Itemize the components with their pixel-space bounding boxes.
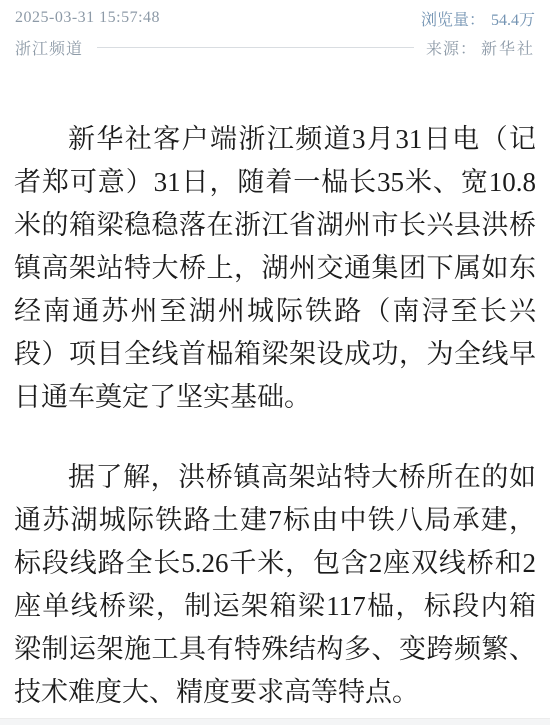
channel-name: 浙江频道 [15, 36, 83, 59]
source-attribution: 来源： 新华社 [426, 36, 535, 59]
meta-row-top: 2025-03-31 15:57:48 浏览量： 54.4万 [15, 6, 535, 30]
article-meta-header: 2025-03-31 15:57:48 浏览量： 54.4万 浙江频道 来源： … [0, 0, 550, 60]
view-count-label: 浏览量： [421, 7, 485, 30]
article-paragraph: 据了解，洪桥镇高架站特大桥所在的如通苏湖城际铁路土建7标由中铁八局承建，标段线路… [14, 456, 536, 714]
publish-timestamp: 2025-03-31 15:57:48 [15, 9, 160, 27]
article-body: 新华社客户端浙江频道3月31日电（记者郑可意）31日，随着一榀长35米、宽10.… [0, 118, 550, 714]
divider-line [97, 47, 414, 48]
view-count-value: 54.4万 [491, 7, 535, 30]
article-page: 2025-03-31 15:57:48 浏览量： 54.4万 浙江频道 来源： … [0, 0, 550, 725]
article-paragraph: 新华社客户端浙江频道3月31日电（记者郑可意）31日，随着一榀长35米、宽10.… [14, 118, 536, 419]
bottom-edge-strip [0, 718, 550, 725]
meta-row-bottom: 浙江频道 来源： 新华社 [15, 34, 535, 60]
source-value: 新华社 [481, 36, 535, 59]
source-label: 来源： [426, 36, 477, 59]
view-count: 浏览量： 54.4万 [421, 7, 535, 30]
